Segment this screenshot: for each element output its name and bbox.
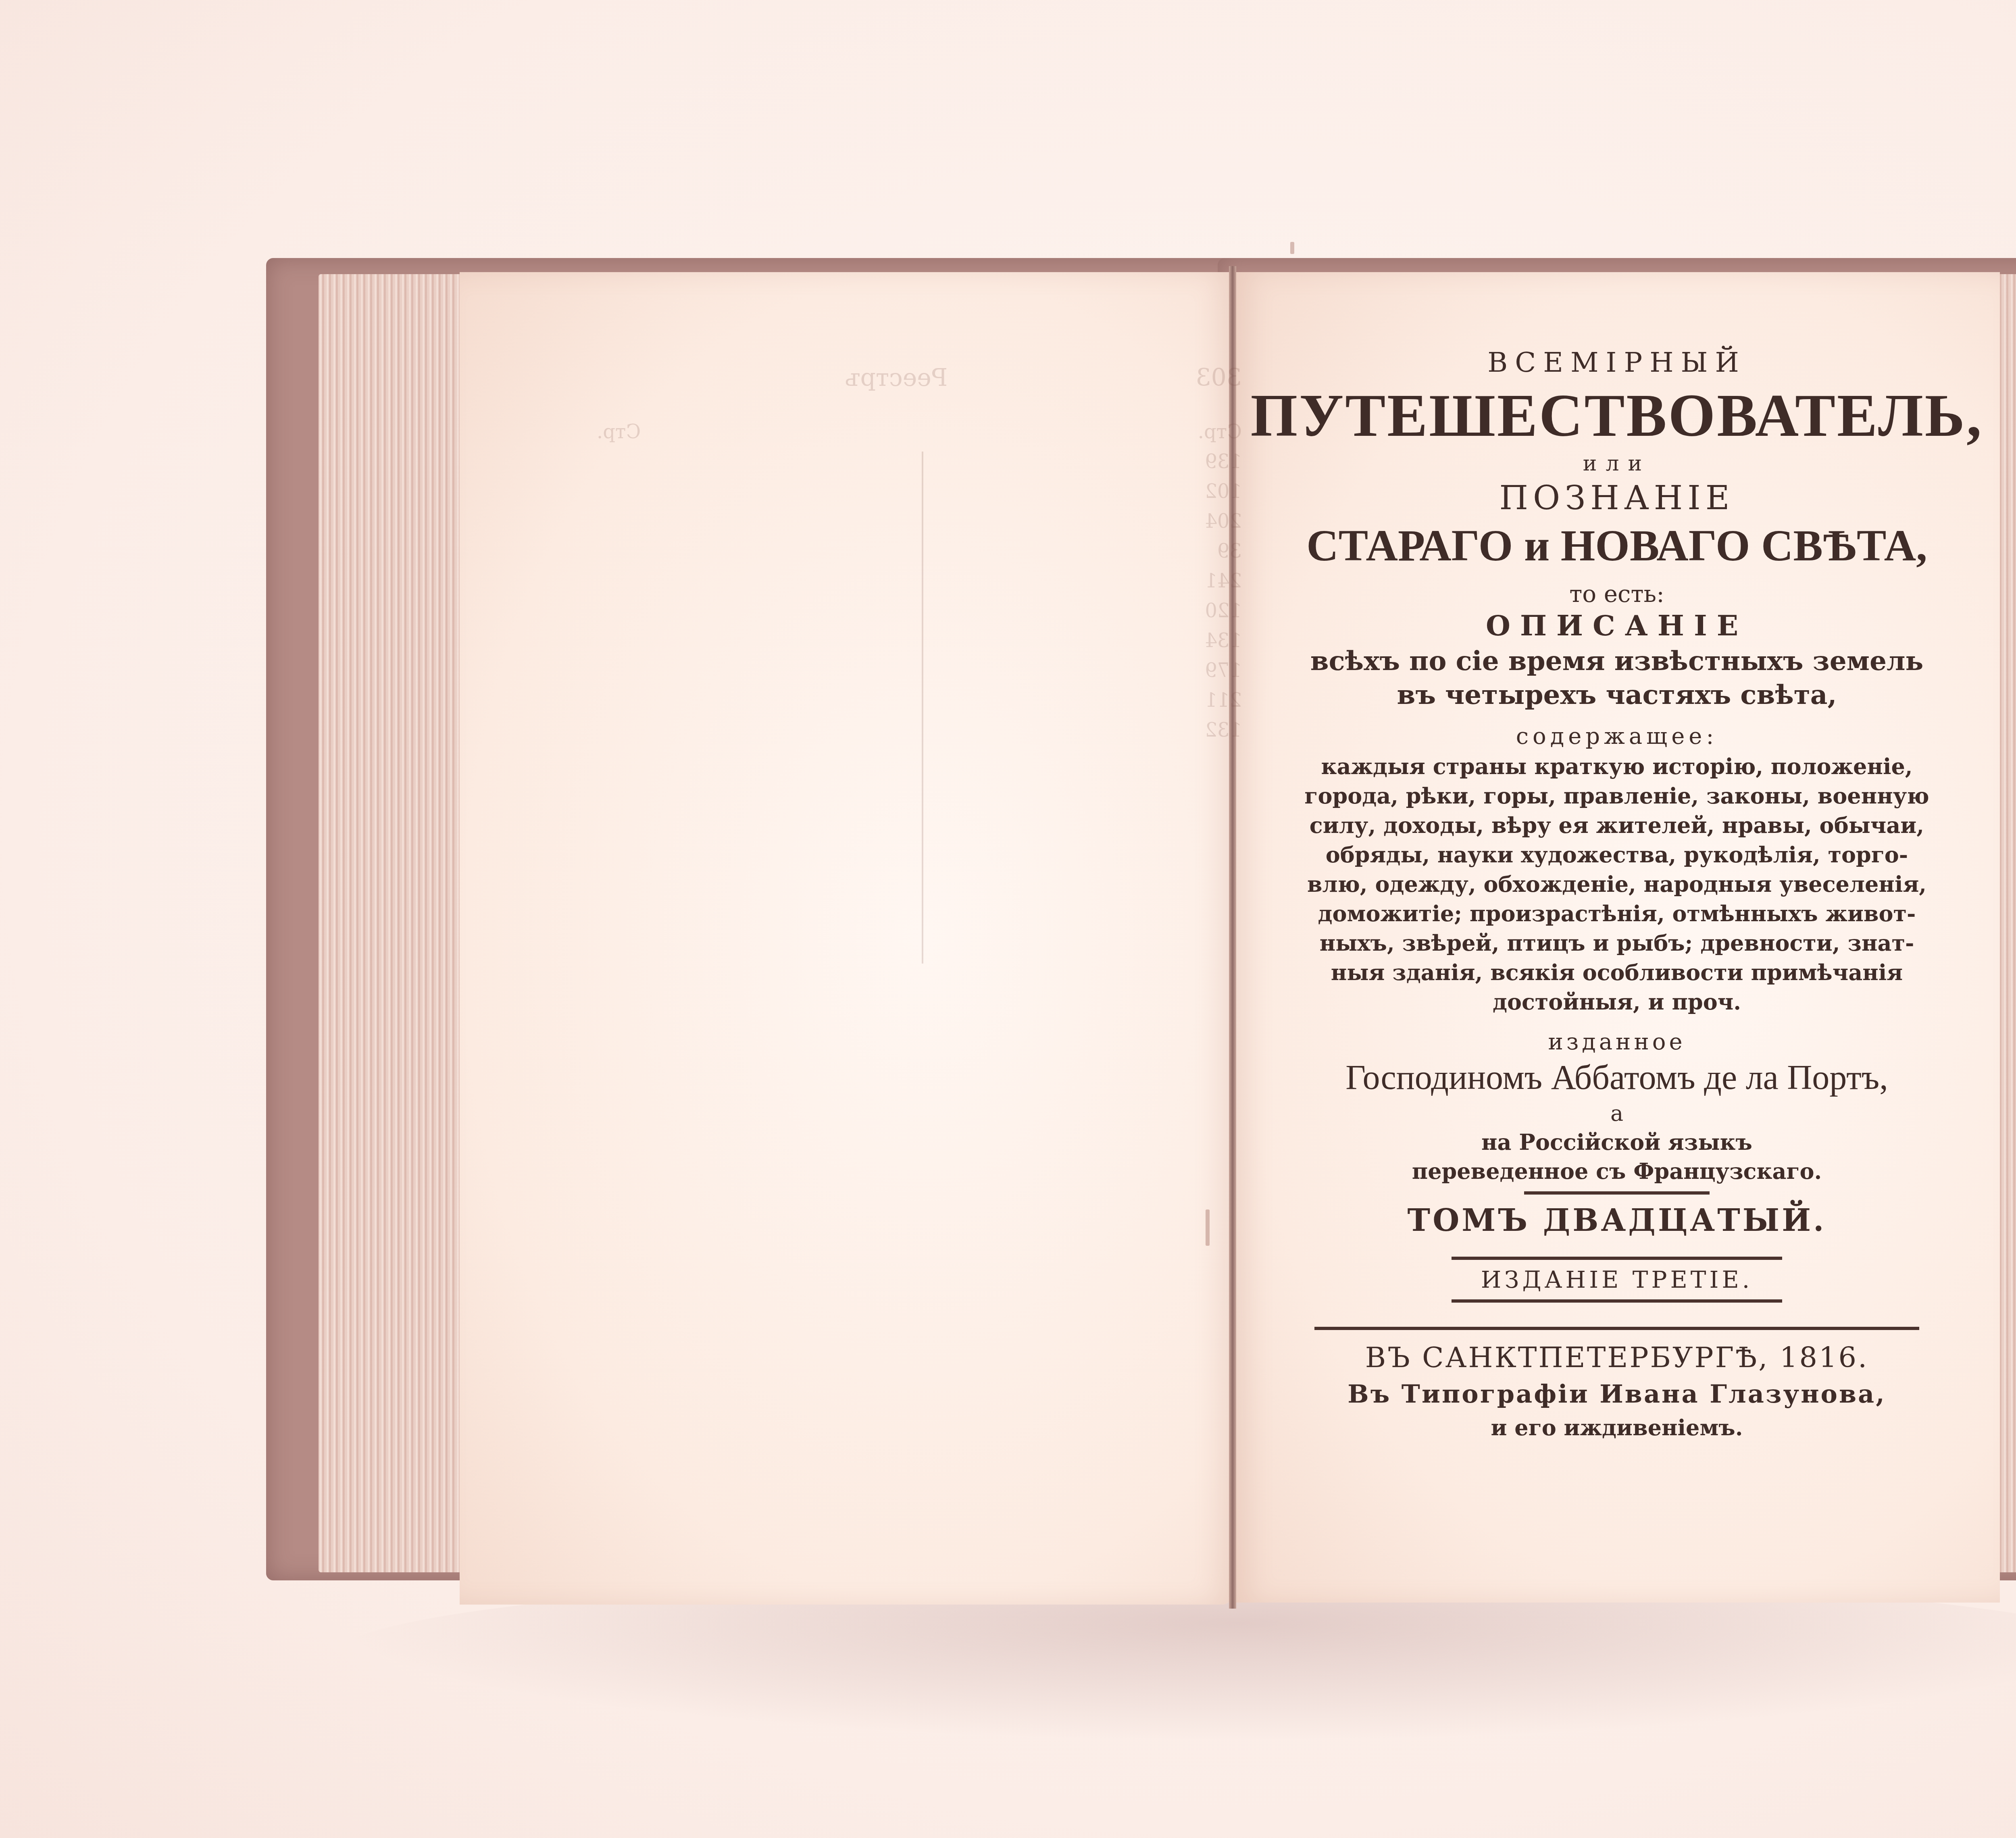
edition-line: ИЗДАНІЕ ТРЕТІЕ.	[1234, 1266, 2000, 1294]
show-through-text: 303 Реестръ Стр.Стр. 139 102 204 39 241 …	[597, 363, 1242, 968]
divider-rule-4	[1314, 1327, 1919, 1330]
page-edges-left	[319, 274, 464, 1572]
conjunction: а	[1234, 1099, 2000, 1128]
title-opisanie: ОПИСАНІЕ	[1234, 608, 2000, 644]
title-soderzhashchee: содержащее:	[1234, 721, 2000, 752]
title-page-text: ВСЕМІРНЫЙ ПУТЕШЕСТВОВАТЕЛЬ, или ПОЗНАНІЕ…	[1234, 347, 2000, 1444]
title-poznanie: ПОЗНАНІЕ	[1234, 478, 2000, 518]
title-ili: или	[1234, 452, 2000, 476]
published-by-label: изданное	[1234, 1029, 2000, 1055]
title-all-lands: всѣхъ по сіе время извѣстныхъ земель	[1234, 644, 2000, 678]
paper-fleck	[1206, 1209, 1210, 1246]
divider-rule-3	[1452, 1299, 1782, 1303]
title-old-new-world: СТАРАГО и НОВАГО СВѢТА,	[1234, 518, 2000, 573]
title-four-parts: въ четырехъ частяхъ свѣта,	[1234, 678, 2000, 712]
title-main: ПУТЕШЕСТВОВАТЕЛЬ,	[1234, 383, 2000, 449]
ghost-running-head: Реестръ	[845, 363, 948, 393]
imprint-press: Въ Типографіи Ивана Глазунова,	[1234, 1377, 2000, 1411]
translation-line-1: на Россійской языкъ	[1234, 1128, 2000, 1157]
title-line-1: ВСЕМІРНЫЙ	[1234, 347, 2000, 379]
translation-line-2: переведенное съ Французскаго.	[1234, 1157, 2000, 1186]
divider-rule-2	[1452, 1257, 1782, 1260]
volume-line: ТОМЪ ДВАДЦАТЫЙ.	[1234, 1200, 2000, 1241]
imprint-expense: и его иждивеніемъ.	[1234, 1411, 2000, 1444]
ghost-column-rule	[922, 452, 923, 964]
title-to-est: то есть:	[1234, 580, 2000, 608]
paper-fleck	[1290, 242, 1294, 254]
author-line: Господиномъ Аббатомъ де ла Портъ,	[1234, 1055, 2000, 1099]
title-contents-paragraph: каждыя страны краткую исторію, положеніе…	[1234, 752, 2000, 1017]
imprint-city-year: ВЪ САНКТПЕТЕРБУРГѢ, 1816.	[1234, 1338, 2000, 1377]
divider-rule-1	[1524, 1191, 1710, 1195]
